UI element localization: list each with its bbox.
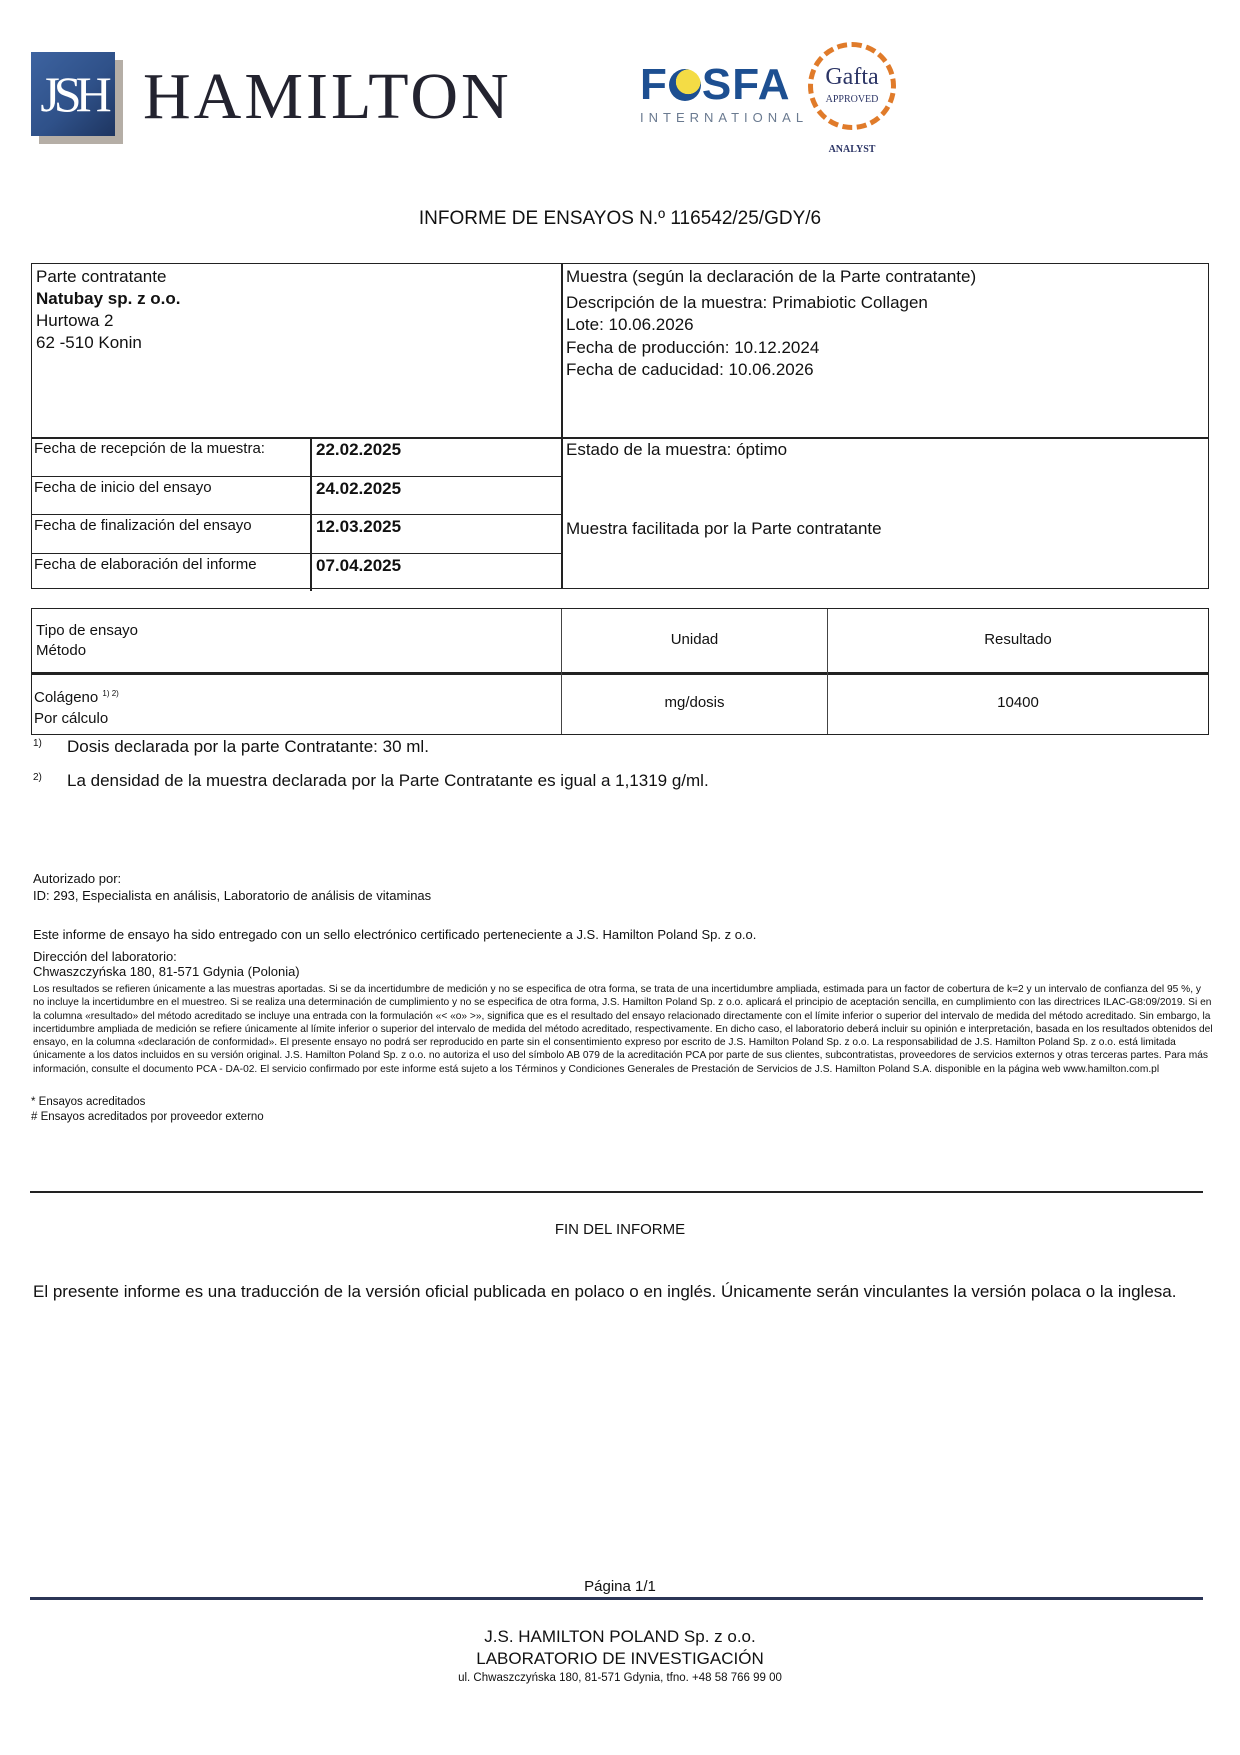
gafta-analyst: ANALYST xyxy=(808,144,896,155)
header-unit: Unidad xyxy=(562,631,827,648)
date-value: 07.04.2025 xyxy=(316,556,401,576)
gafta-name: Gafta xyxy=(808,64,896,91)
table-row: Colágeno 1) 2) Por cálculo xyxy=(34,683,119,729)
report-title: INFORME DE ENSAYOS N.º 116542/25/GDY/6 xyxy=(0,208,1240,230)
result-value: 10400 xyxy=(828,694,1208,711)
results-table: Tipo de ensayo Método Unidad Resultado C… xyxy=(31,608,1209,735)
date-row: Fecha de elaboración del informe07.04.20… xyxy=(32,554,562,592)
fosfa-logo: FSFA INTERNATIONAL xyxy=(640,62,800,132)
sample-state: Estado de la muestra: óptimo xyxy=(566,440,787,460)
seal-statement: Este informe de ensayo ha sido entregado… xyxy=(33,927,756,942)
divider xyxy=(30,1597,1203,1600)
lab-address: Dirección del laboratorio: Chwaszczyńska… xyxy=(33,949,300,979)
accreditation-legend: * Ensayos acreditados # Ensayos acredita… xyxy=(31,1095,264,1125)
client-name: Natubay sp. z o.o. xyxy=(36,288,181,310)
hamilton-logo: JSH HAMILTON xyxy=(31,52,491,142)
dates-table: Fecha de recepción de la muestra:22.02.2… xyxy=(32,438,562,591)
client-block: Parte contratante Natubay sp. z o.o. Hur… xyxy=(36,266,181,354)
date-row: Fecha de recepción de la muestra:22.02.2… xyxy=(32,438,562,477)
fosfa-wordmark: FSFA xyxy=(640,62,800,108)
client-street: Hurtowa 2 xyxy=(36,310,181,332)
end-of-report: FIN DEL INFORME xyxy=(0,1221,1240,1238)
date-row: Fecha de finalización del ensayo12.03.20… xyxy=(32,515,562,554)
footer-company: J.S. HAMILTON POLAND Sp. z o.o. LABORATO… xyxy=(0,1626,1240,1670)
sample-provided: Muestra facilitada por la Parte contrata… xyxy=(566,519,882,539)
divider xyxy=(30,1191,1203,1193)
info-table: Parte contratante Natubay sp. z o.o. Hur… xyxy=(31,263,1209,589)
sample-production-date: Fecha de producción: 10.12.2024 xyxy=(566,337,976,360)
footer-contact: ul. Chwaszczyńska 180, 81-571 Gdynia, tf… xyxy=(0,1672,1240,1684)
date-value: 22.02.2025 xyxy=(316,440,401,460)
authorization: Autorizado por: ID: 293, Especialista en… xyxy=(33,870,431,904)
date-value: 24.02.2025 xyxy=(316,479,401,499)
gafta-badge: Gafta APPROVED ANALYST xyxy=(808,42,904,138)
client-heading: Parte contratante xyxy=(36,266,181,288)
client-city: 62 -510 Konin xyxy=(36,332,181,354)
page-number: Página 1/1 xyxy=(0,1578,1240,1595)
gafta-approved: APPROVED xyxy=(808,94,896,105)
legal-disclaimer: Los resultados se refieren únicamente a … xyxy=(33,983,1213,1076)
date-value: 12.03.2025 xyxy=(316,517,401,537)
sample-heading: Muestra (según la declaración de la Part… xyxy=(566,266,976,289)
hamilton-wordmark: HAMILTON xyxy=(143,62,512,132)
sample-block: Muestra (según la declaración de la Part… xyxy=(566,266,976,382)
result-unit: mg/dosis xyxy=(562,694,827,711)
sample-lot: Lote: 10.06.2026 xyxy=(566,314,976,337)
header-test-method: Tipo de ensayo Método xyxy=(36,621,138,661)
globe-icon xyxy=(669,69,701,101)
fosfa-subtitle: INTERNATIONAL xyxy=(640,110,800,125)
date-row: Fecha de inicio del ensayo24.02.2025 xyxy=(32,477,562,516)
sample-description: Descripción de la muestra: Primabiotic C… xyxy=(566,292,976,315)
footnote-refs: 1) 2) xyxy=(102,689,118,698)
translation-note: El presente informe es una traducción de… xyxy=(33,1280,1213,1303)
sample-expiry-date: Fecha de caducidad: 10.06.2026 xyxy=(566,359,976,382)
test-name: Colágeno xyxy=(34,689,98,706)
header-result: Resultado xyxy=(828,631,1208,648)
jsh-monogram-icon: JSH xyxy=(31,52,115,136)
test-method: Por cálculo xyxy=(34,708,119,729)
